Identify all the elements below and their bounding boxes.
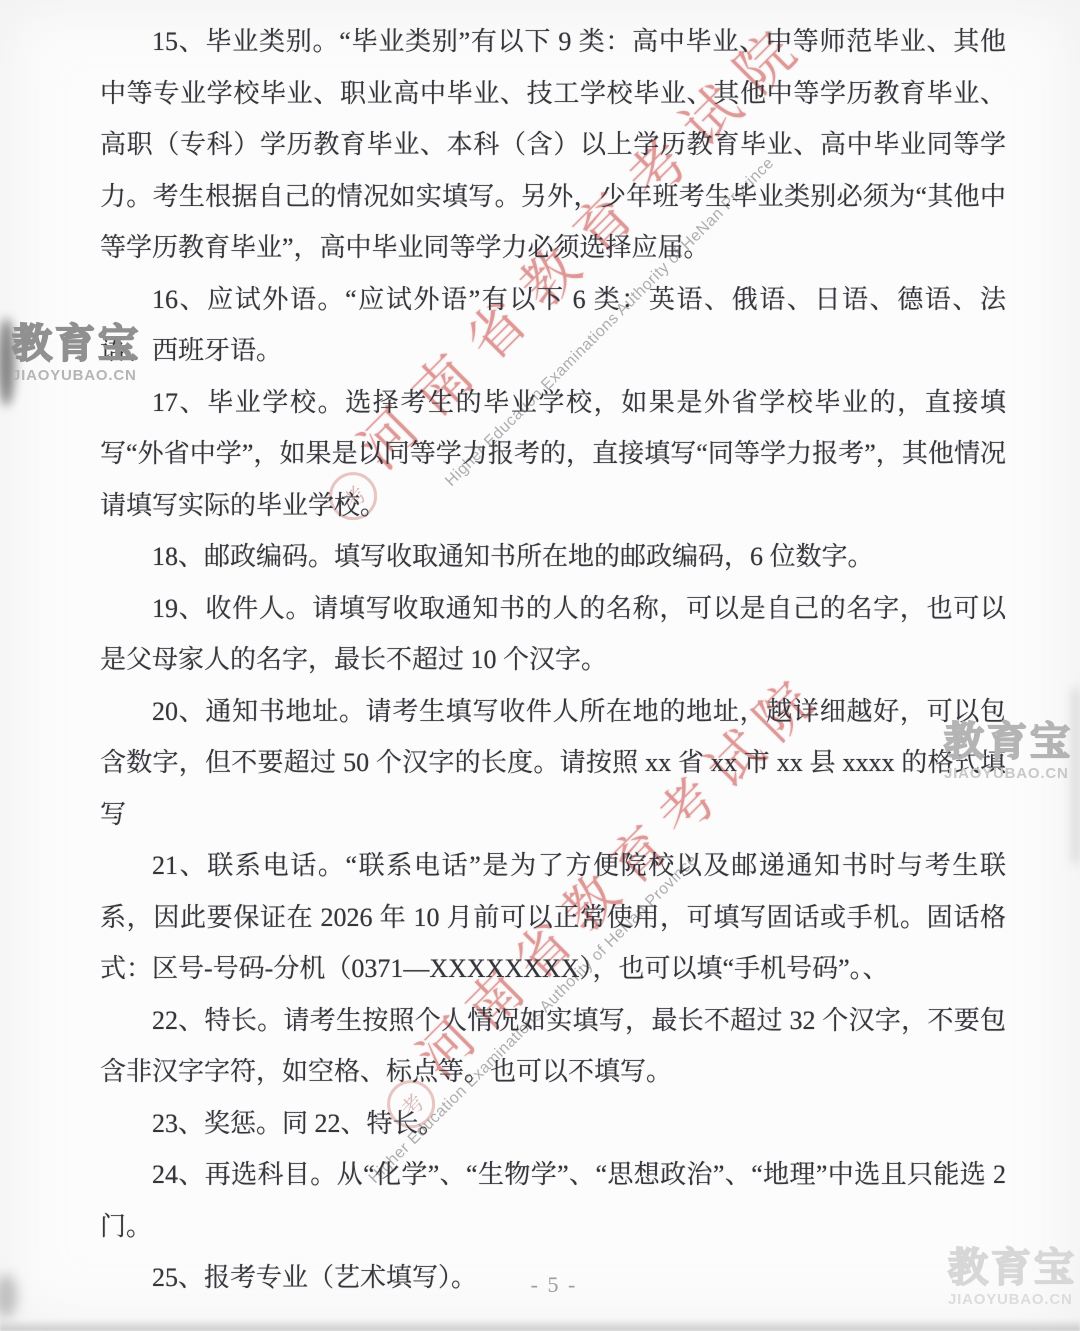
- paragraph-item-15: 15、毕业类别。“毕业类别”有以下 9 类：高中毕业、中等师范毕业、其他中等专业…: [100, 16, 1006, 274]
- paragraph-item-16: 16、应试外语。“应试外语”有以下 6 类：英语、俄语、日语、德语、法语、西班牙…: [100, 274, 1006, 377]
- watermark-jiaoyubao-bottom: 教育宝 JIAOYUBAO.CN: [948, 1248, 1077, 1307]
- watermark-jiaoyubao-left: 教育宝 JIAOYUBAO.CN: [12, 324, 141, 383]
- paragraph-item-22: 22、特长。请考生按照个人情况如实填写，最长不超过 32 个汉字，不要包含非汉字…: [100, 995, 1006, 1098]
- jiaoyubao-logo: 教育宝: [12, 324, 141, 364]
- page-number: - 5 -: [0, 1272, 1080, 1298]
- paragraph-item-18: 18、邮政编码。填写收取通知书所在地的邮政编码，6 位数字。: [100, 531, 1006, 583]
- paragraph-item-17: 17、毕业学校。选择考生的毕业学校，如果是外省学校毕业的，直接填写“外省中学”，…: [100, 377, 1006, 532]
- jiaoyubao-url: JIAOYUBAO.CN: [12, 368, 141, 383]
- paragraph-item-21: 21、联系电话。“联系电话”是为了方便院校以及邮递通知书时与考生联系，因此要保证…: [100, 840, 1006, 995]
- paragraph-item-19: 19、收件人。请填写收取通知书的人的名称，可以是自己的名字，也可以是父母家人的名…: [100, 583, 1006, 686]
- scanned-document-page: { "page": { "background_color": "#fcfcfc…: [0, 0, 1080, 1331]
- paragraph-item-24: 24、再选科目。从“化学”、“生物学”、“思想政治”、“地理”中选且只能选 2 …: [100, 1149, 1006, 1252]
- paragraph-item-20: 20、通知书地址。请考生填写收件人所在地的地址，越详细越好，可以包含数字，但不要…: [100, 686, 1006, 841]
- jiaoyubao-logo: 教育宝: [948, 1248, 1077, 1288]
- paragraph-item-23: 23、奖惩。同 22、特长。: [100, 1098, 1006, 1150]
- document-body: 15、毕业类别。“毕业类别”有以下 9 类：高中毕业、中等师范毕业、其他中等专业…: [100, 16, 1006, 1304]
- watermark-jiaoyubao-right: 教育宝 JIAOYUBAO.CN: [944, 722, 1073, 781]
- scan-smudge-bottom-edge: [0, 1319, 1080, 1331]
- jiaoyubao-url: JIAOYUBAO.CN: [944, 766, 1073, 781]
- jiaoyubao-url: JIAOYUBAO.CN: [948, 1292, 1077, 1307]
- jiaoyubao-logo: 教育宝: [944, 722, 1073, 762]
